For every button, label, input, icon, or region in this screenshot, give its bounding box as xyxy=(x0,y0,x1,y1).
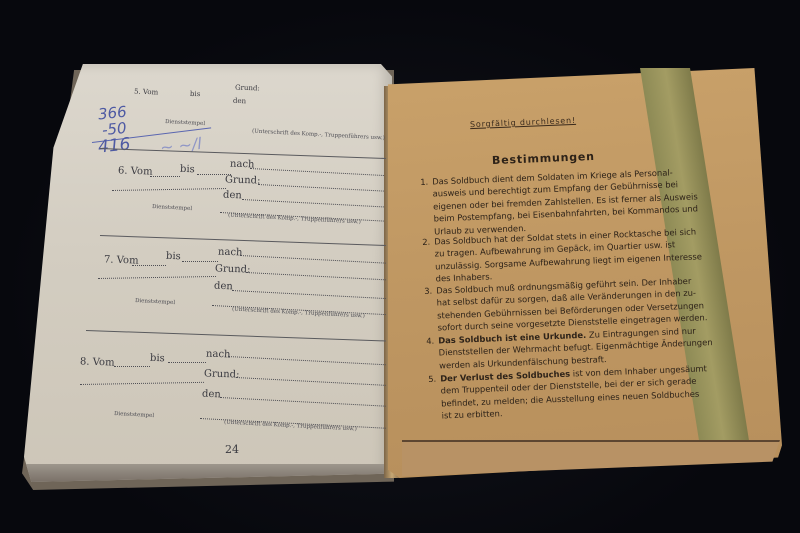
field-dots xyxy=(132,265,166,266)
entry-label-nach: nach xyxy=(218,247,243,259)
field-dots xyxy=(150,176,180,177)
entry-label-bis: bis xyxy=(180,164,195,176)
entry-label-grund: Grund: xyxy=(204,368,240,380)
page-number: 24 xyxy=(225,443,239,456)
entry-label-grund: Grund: xyxy=(215,263,251,275)
entry-label-den: den xyxy=(233,97,246,105)
entry-label-grund: Grund: xyxy=(225,174,261,186)
entry-label-nach: nach xyxy=(206,349,231,361)
entry-label-vom: 6. Vom xyxy=(118,165,153,177)
item-number: 5. xyxy=(428,373,440,386)
entry-label-den: den xyxy=(202,389,221,401)
entry-label-vom: 8. Vom xyxy=(80,356,115,368)
field-dots xyxy=(114,366,150,367)
field-dots xyxy=(182,261,218,262)
entry-label-bis: bis xyxy=(190,90,201,98)
entry-label-bis: bis xyxy=(150,353,165,365)
item-number: 2. xyxy=(422,236,434,249)
handwritten-number: 416 xyxy=(97,134,131,157)
item-number: 4. xyxy=(426,335,438,348)
field-dots xyxy=(168,362,206,363)
entry-label-vom: 5. Vom xyxy=(134,88,158,97)
item-number: 3. xyxy=(424,285,436,298)
entry-label-den: den xyxy=(214,281,233,293)
entry-label-bis: bis xyxy=(166,251,181,263)
entry-label-grund: Grund: xyxy=(235,84,260,93)
entry-label-den: den xyxy=(223,190,242,202)
item-number: 1. xyxy=(420,176,432,189)
